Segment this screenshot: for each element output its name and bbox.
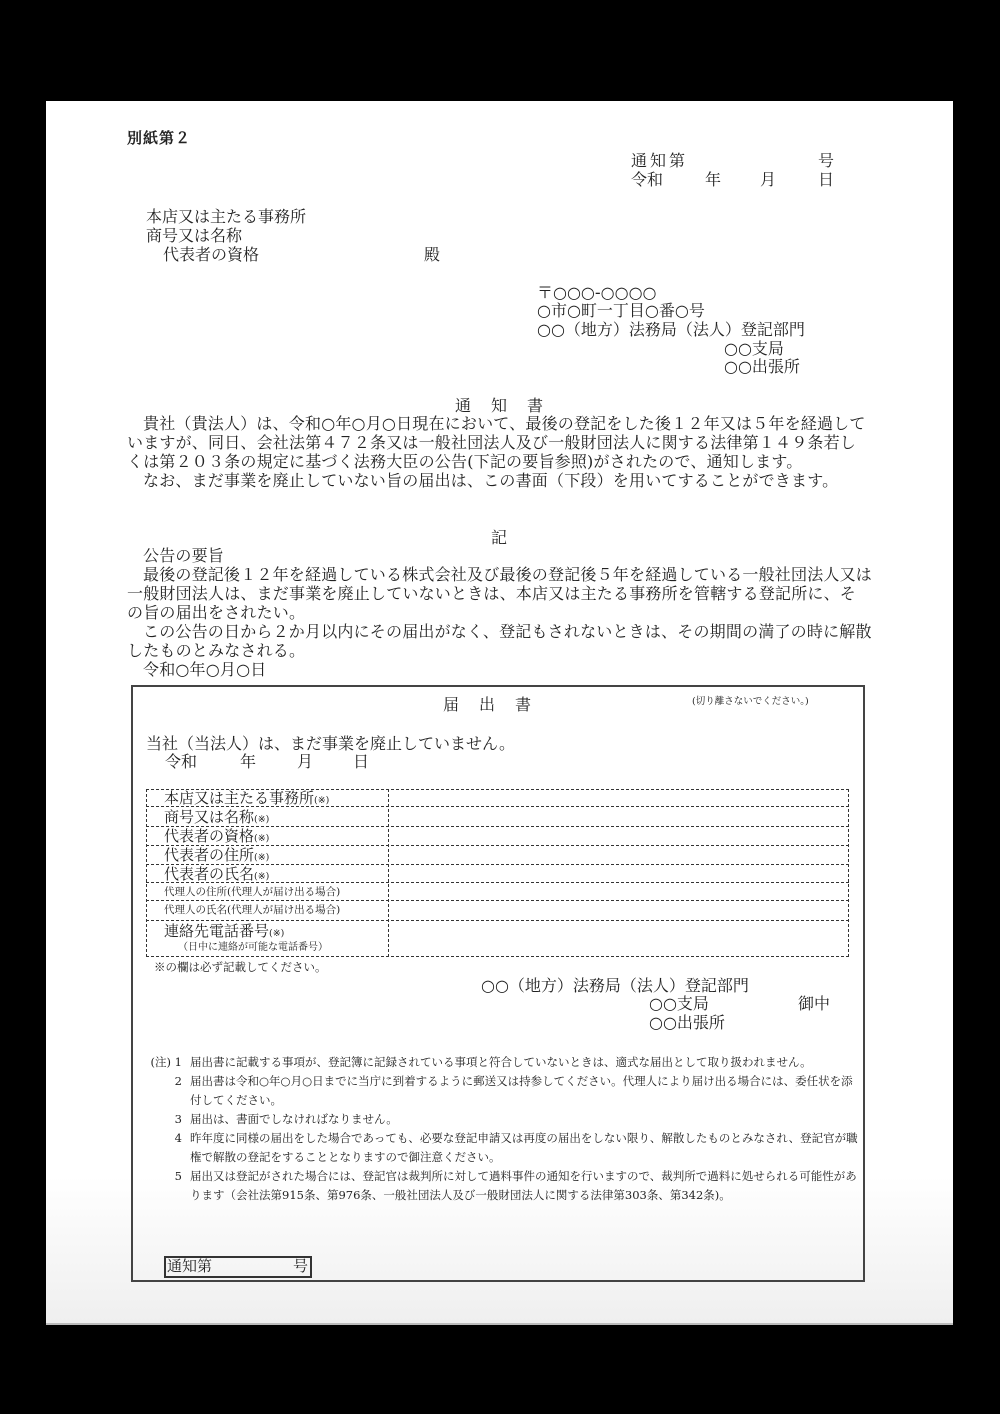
note-number: 3 xyxy=(146,1110,190,1129)
table-row-phone-label: 連絡先電話番号(※) xyxy=(164,924,284,939)
form-date-era: 令和 xyxy=(165,754,197,770)
note-item: 4 昨年度に同様の届出をした場合であっても、必要な登記申請又は再度の届出をしない… xyxy=(146,1129,864,1167)
summary-heading: 公告の要旨 xyxy=(127,546,872,565)
table-row-head-office-label: 本店又は主たる事務所(※) xyxy=(164,791,329,806)
do-not-cut-note: (切り離さないでください。) xyxy=(692,697,809,707)
form-declaration: 当社（当法人）は、まだ事業を廃止していません。 xyxy=(146,736,515,752)
addressee-representative: 代表者の資格 xyxy=(163,247,259,263)
required-fields-note: ※の欄は必ず記載してください。 xyxy=(154,962,327,974)
notice-number-prefix: 通知第 xyxy=(631,151,688,170)
sender-branch: ○○支局 xyxy=(724,341,784,357)
notice-number-suffix: 号 xyxy=(818,153,834,169)
table-row-rep-address-label: 代表者の住所(※) xyxy=(164,848,269,863)
header-date-day: 日 xyxy=(818,172,834,188)
recipient-branch: ○○支局 xyxy=(649,996,709,1012)
header-date-month: 月 xyxy=(760,172,776,188)
form-date-day: 日 xyxy=(353,754,369,770)
sender-address: ○市○町一丁目○番○号 xyxy=(537,303,705,319)
head-office-input[interactable] xyxy=(390,790,848,805)
table-row-company-name-label: 商号又は名称(※) xyxy=(164,810,269,825)
sender-postal-code: 〒○○○-○○○○ xyxy=(537,285,657,301)
addressee-office: 本店又は主たる事務所 xyxy=(146,209,306,225)
ki-heading: 記 xyxy=(491,530,507,546)
annex-label: 別紙第２ xyxy=(127,131,191,146)
addressee-name: 商号又は名称 xyxy=(146,228,242,244)
note-number: 2 xyxy=(146,1072,190,1110)
rep-address-input[interactable] xyxy=(390,846,848,863)
sender-office: ○○（地方）法務局（法人）登記部門 xyxy=(537,322,805,338)
note-text: 届出書は令和○年○月○日までに当庁に到着するように郵送又は持参してください。代理… xyxy=(190,1072,864,1110)
table-row-agent-address-label: 代理人の住所(代理人が届け出る場合) xyxy=(164,887,340,898)
note-text: 届出又は登記がされた場合には、登記官は裁判所に対して過料事件の通知を行いますので… xyxy=(190,1167,864,1205)
note-item: (注) 1 届出書に記載する事項が、登記簿に記録されている事項と符合していないと… xyxy=(146,1053,864,1072)
agent-name-input[interactable] xyxy=(390,901,848,919)
notice-body: 貴社（貴法人）は、令和○年○月○日現在において、最後の登記をした後１２年又は５年… xyxy=(127,414,872,490)
note-text: 届出書に記載する事項が、登記簿に記録されている事項と符合していないときは、適式な… xyxy=(190,1053,864,1072)
notice-title: 通 知 書 xyxy=(455,398,545,414)
recipient-honorific: 御中 xyxy=(798,996,830,1012)
summary-paragraph-2: この公告の日から２か月以内にその届出がなく、登記もされないときは、その期間の満了… xyxy=(127,622,872,660)
recipient-office: ○○（地方）法務局（法人）登記部門 xyxy=(481,978,749,994)
form-notice-number-box: 通知第 号 xyxy=(164,1256,312,1278)
table-row-agent-name-label: 代理人の氏名(代理人が届け出る場合) xyxy=(164,905,340,916)
form-notice-number-prefix: 通知第 xyxy=(167,1259,212,1274)
notice-paragraph-2: なお、まだ事業を廃止していない旨の届出は、この書面（下段）を用いてすることができ… xyxy=(127,471,872,490)
phone-input[interactable] xyxy=(390,921,848,956)
rep-title-input[interactable] xyxy=(390,827,848,844)
table-column-divider xyxy=(388,789,389,957)
notice-paragraph-1: 貴社（貴法人）は、令和○年○月○日現在において、最後の登記をした後１２年又は５年… xyxy=(127,414,872,471)
summary-date: 令和○年○月○日 xyxy=(127,660,872,679)
note-text: 届出は、書面でしなければなりません。 xyxy=(190,1110,864,1129)
form-date-month: 月 xyxy=(297,754,313,770)
note-number: (注) 1 xyxy=(146,1053,190,1072)
rep-name-input[interactable] xyxy=(390,865,848,881)
note-number: 5 xyxy=(146,1167,190,1205)
note-text: 昨年度に同様の届出をした場合であっても、必要な登記申請又は再度の届出をしない限り… xyxy=(190,1129,864,1167)
company-name-input[interactable] xyxy=(390,808,848,825)
form-notes: (注) 1 届出書に記載する事項が、登記簿に記録されている事項と符合していないと… xyxy=(146,1053,864,1205)
sender-sub-branch: ○○出張所 xyxy=(724,359,800,375)
form-title: 届 出 書 xyxy=(443,697,533,713)
header-date-year: 年 xyxy=(705,172,721,188)
note-item: 2 届出書は令和○年○月○日までに当庁に到着するように郵送又は持参してください。… xyxy=(146,1072,864,1110)
agent-address-input[interactable] xyxy=(390,883,848,899)
summary-paragraph-1: 最後の登記後１２年を経過している株式会社及び最後の登記後５年を経過している一般社… xyxy=(127,565,872,622)
summary-body: 公告の要旨 最後の登記後１２年を経過している株式会社及び最後の登記後５年を経過し… xyxy=(127,546,872,679)
form-date-year: 年 xyxy=(240,754,256,770)
notice-number-line: 通知第 xyxy=(631,153,688,169)
note-number: 4 xyxy=(146,1129,190,1167)
header-date-era: 令和 xyxy=(631,172,663,188)
note-item: 3 届出は、書面でしなければなりません。 xyxy=(146,1110,864,1129)
addressee-honorific: 殿 xyxy=(424,247,440,263)
table-row-phone-sublabel: （日中に連絡が可能な電話番号） xyxy=(178,943,328,953)
recipient-sub-branch: ○○出張所 xyxy=(649,1015,725,1031)
table-row-rep-name-label: 代表者の氏名(※) xyxy=(164,867,269,882)
form-notice-number-suffix: 号 xyxy=(293,1259,308,1274)
table-row-rep-title-label: 代表者の資格(※) xyxy=(164,829,269,844)
note-item: 5 届出又は登記がされた場合には、登記官は裁判所に対して過料事件の通知を行います… xyxy=(146,1167,864,1205)
